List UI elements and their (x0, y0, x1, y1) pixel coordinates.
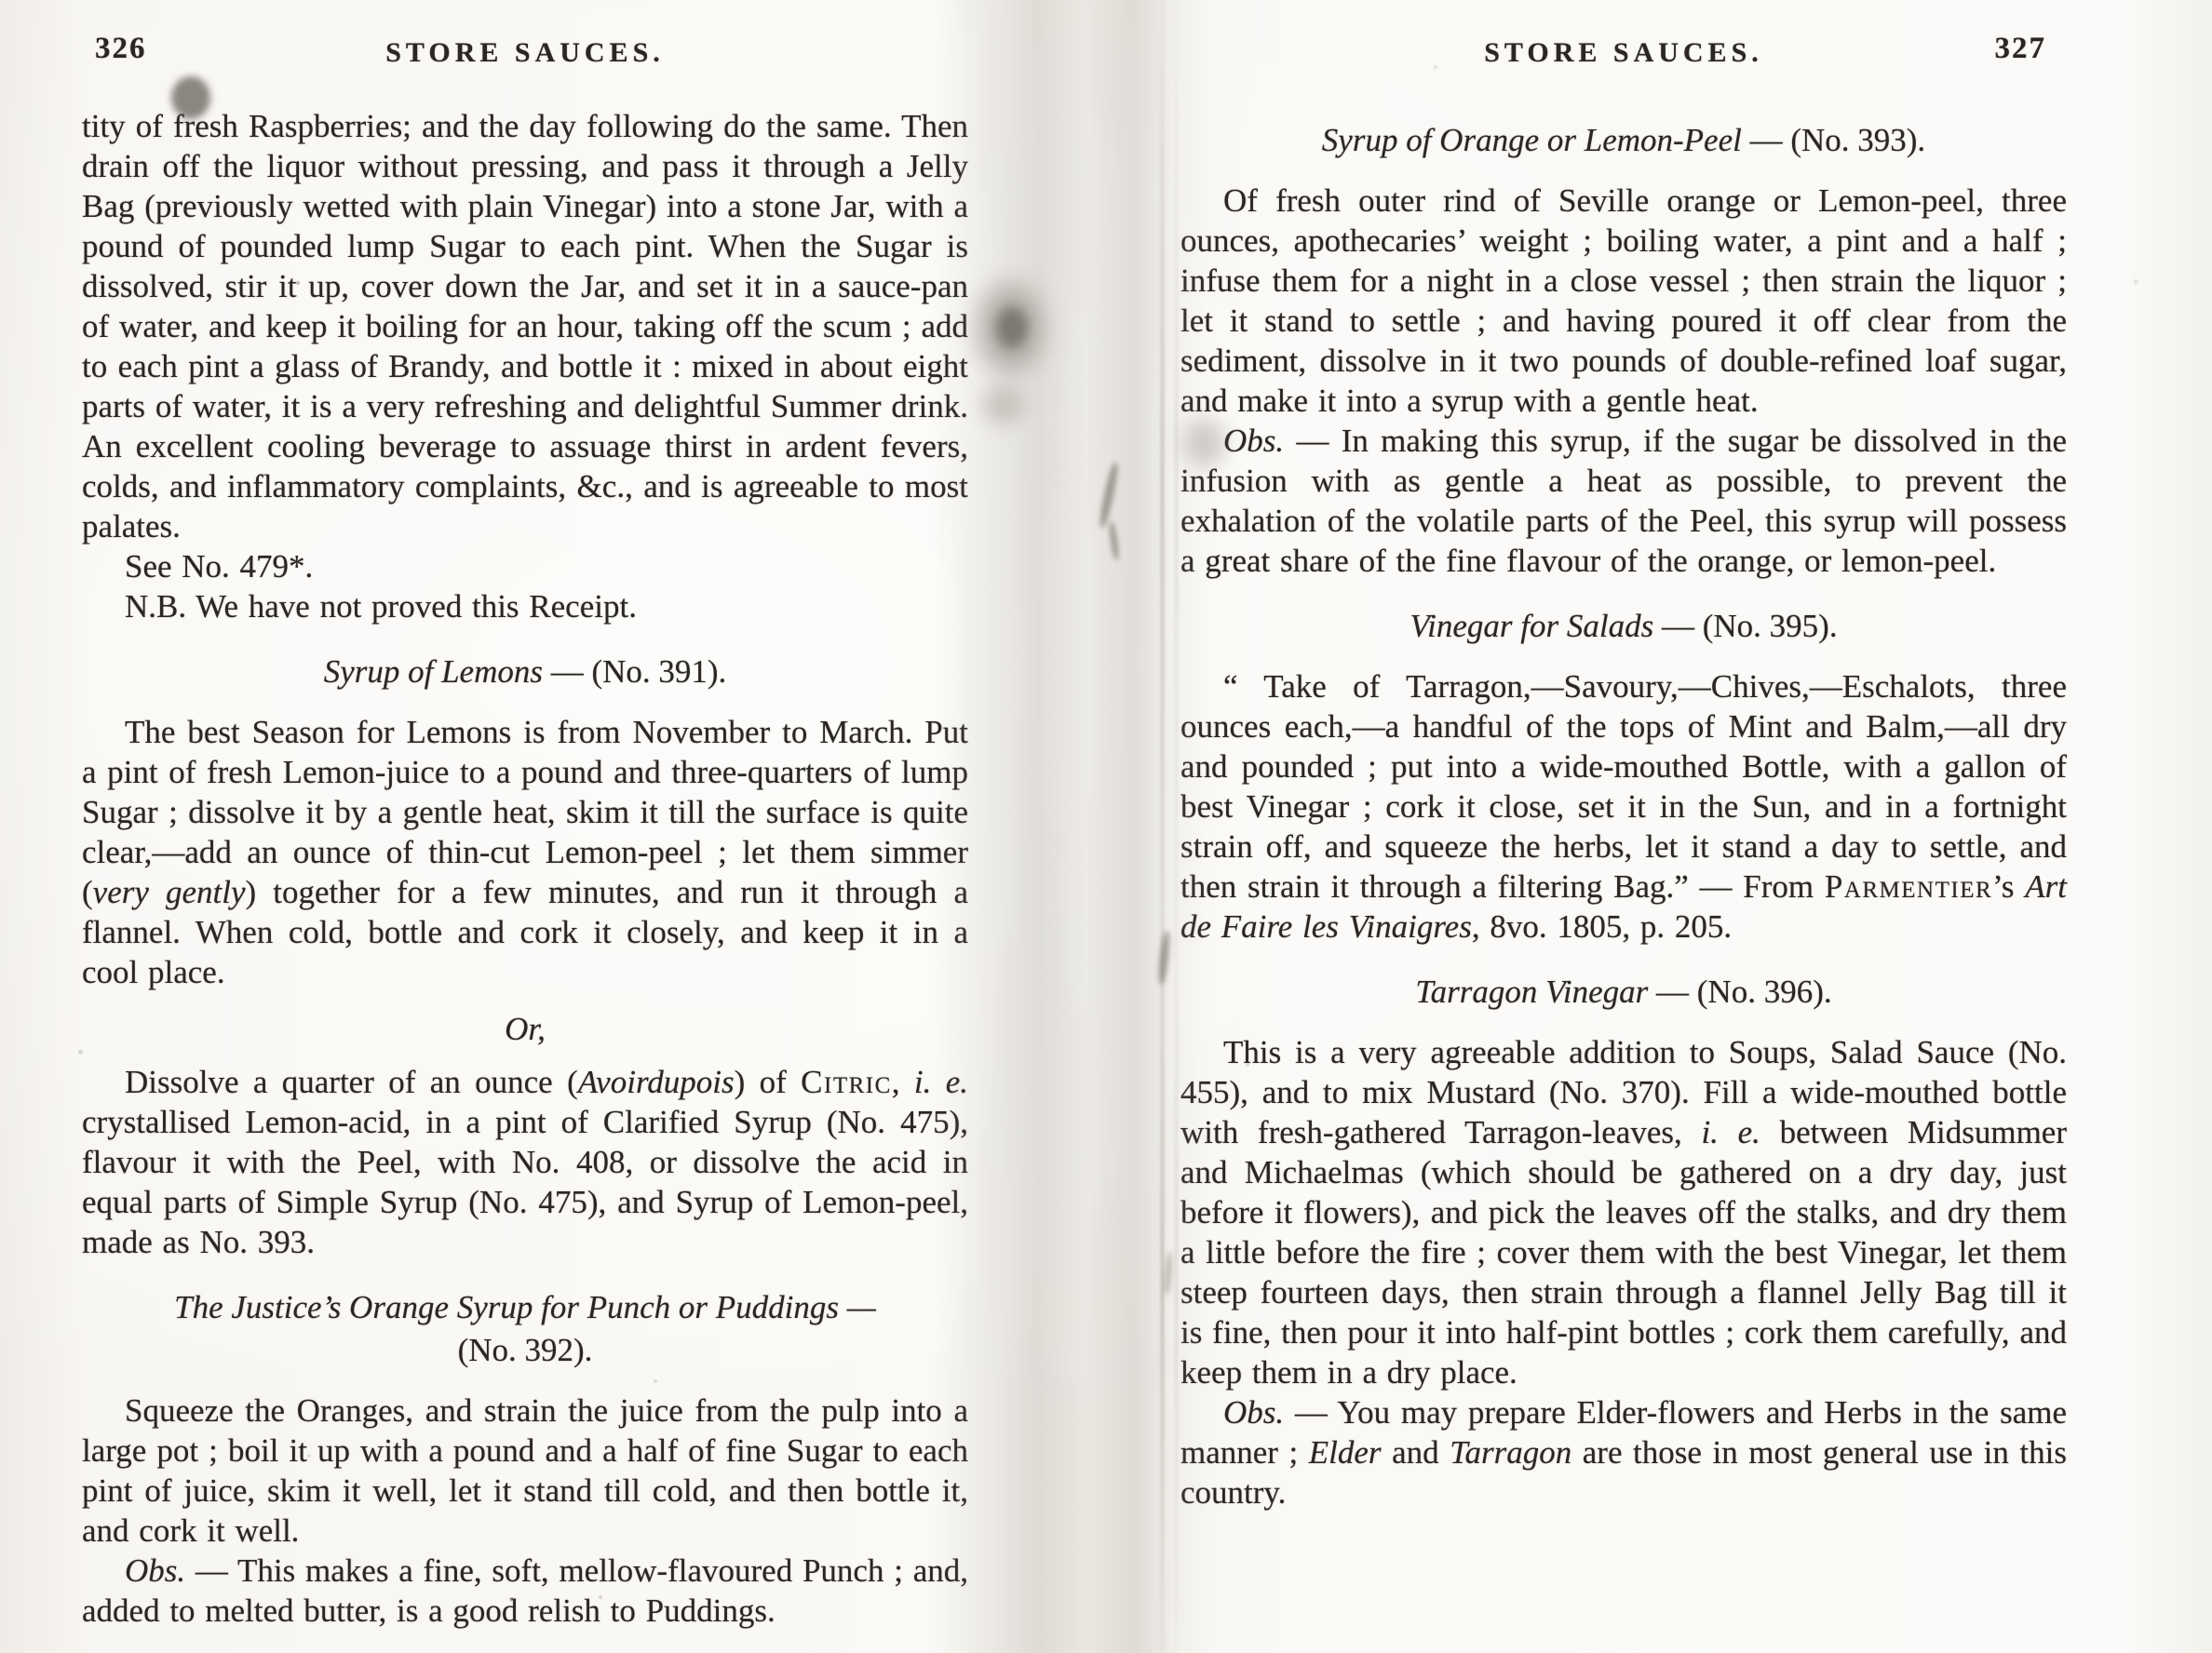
orange-peel-syrup-obs-paragraph: Obs. — In making this syrup, if the suga… (1180, 421, 2067, 581)
heading-title: Syrup of Lemons (324, 653, 543, 690)
raspberry-vinegar-continuation-paragraph: tity of fresh Raspberries; and the day f… (82, 106, 968, 546)
heading-number: (No. 392). (82, 1329, 968, 1372)
obs-label: Obs. (1223, 1394, 1284, 1431)
heading-number: — (No. 393). (1742, 122, 1925, 158)
smallcaps-word: Citric (801, 1064, 892, 1100)
obs-label: Obs. (125, 1552, 185, 1589)
italic-phrase: Elder (1309, 1434, 1382, 1471)
right-running-head: STORE SAUCES. (1180, 37, 2067, 69)
paragraph-text: Of fresh outer rind of Seville orange or… (1180, 182, 2067, 419)
heading-or: Or, (82, 1009, 968, 1049)
heading-number: — (No. 395). (1653, 608, 1837, 644)
heading-title: The Justice’s Orange Syrup for Punch or … (82, 1286, 968, 1329)
right-page-body: Syrup of Orange or Lemon-Peel — (No. 393… (1180, 119, 2067, 1512)
citric-acid-paragraph: Dissolve a quarter of an ounce (Avoirdup… (82, 1062, 968, 1262)
right-page-number: 327 (1995, 32, 2047, 66)
heading-title: Vinegar for Salads (1409, 608, 1653, 644)
heading-tarragon-vinegar: Tarragon Vinegar — (No. 396). (1180, 971, 2067, 1014)
left-running-head: STORE SAUCES. (82, 37, 968, 69)
obs-label: Obs. (1223, 423, 1284, 459)
smallcaps-word: Parmentier (1825, 868, 1992, 905)
syrup-of-lemons-paragraph: The best Season for Lemons is from Novem… (82, 712, 968, 992)
left-page-body: tity of fresh Raspberries; and the day f… (82, 106, 968, 1631)
paragraph-text: Squeeze the Oranges, and strain the juic… (82, 1392, 968, 1549)
heading-vinegar-for-salads: Vinegar for Salads — (No. 395). (1180, 605, 2067, 648)
right-page-header: STORE SAUCES. 327 (1180, 32, 2067, 84)
italic-phrase: very gently (93, 874, 246, 910)
paragraph-text: tity of fresh Raspberries; and the day f… (82, 108, 968, 544)
paragraph-text: , 8vo. 1805, p. 205. (1472, 908, 1732, 945)
paragraph-text: between Midsummer and Michaelmas (which … (1180, 1114, 2067, 1391)
book-gutter-shadow (933, 0, 1212, 1653)
justices-syrup-obs-paragraph: Obs. — This makes a fine, soft, mellow-f… (82, 1551, 968, 1631)
heading-title: Tarragon Vinegar (1415, 974, 1648, 1010)
gutter-crease (1161, 0, 1164, 1653)
left-page-header: 326 STORE SAUCES. (82, 32, 968, 84)
paper-speck (2134, 279, 2138, 284)
heading-number: — (No. 391). (543, 653, 726, 690)
heading-title: Syrup of Orange or Lemon-Peel (1322, 122, 1742, 158)
see-reference-line: See No. 479*. (82, 546, 968, 586)
heading-syrup-orange-lemon-peel: Syrup of Orange or Lemon-Peel — (No. 393… (1180, 119, 2067, 162)
reference-text: See No. 479*. (125, 548, 313, 585)
paragraph-text: ) of (735, 1064, 802, 1100)
orange-peel-syrup-paragraph: Of fresh outer rind of Seville orange or… (1180, 181, 2067, 421)
note-text: N.B. We have not proved this Receipt. (125, 588, 637, 625)
book-scan: 326 STORE SAUCES. tity of fresh Raspberr… (0, 0, 2212, 1653)
paragraph-text: — In making this syrup, if the sugar be … (1180, 423, 2067, 579)
vinegar-for-salads-paragraph: “ Take of Tarragon,—Savoury,—Chives,—Esc… (1180, 666, 2067, 947)
italic-phrase: i. e. (1701, 1114, 1760, 1150)
italic-phrase: Avoirdupois (578, 1064, 735, 1100)
justices-syrup-paragraph: Squeeze the Oranges, and strain the juic… (82, 1391, 968, 1551)
nb-note-line: N.B. We have not proved this Receipt. (82, 586, 968, 626)
paragraph-text: — This makes a fine, soft, mellow-flavou… (82, 1552, 968, 1629)
gutter-crease (1175, 0, 1178, 1653)
left-page: 326 STORE SAUCES. tity of fresh Raspberr… (82, 32, 968, 1631)
heading-number: — (No. 396). (1648, 974, 1831, 1010)
tarragon-vinegar-obs-paragraph: Obs. — You may prepare Elder-flowers and… (1180, 1392, 2067, 1512)
tarragon-vinegar-paragraph: This is a very agreeable addition to Sou… (1180, 1032, 2067, 1392)
or-label: Or, (505, 1011, 546, 1047)
heading-syrup-of-lemons: Syrup of Lemons — (No. 391). (82, 651, 968, 693)
paragraph-text: ’s (1992, 868, 2025, 905)
paragraph-text: , (892, 1064, 914, 1100)
paragraph-text: crystallised Lemon-acid, in a pint of Cl… (82, 1104, 968, 1260)
italic-phrase: Tarragon (1450, 1434, 1571, 1471)
heading-justices-orange-syrup: The Justice’s Orange Syrup for Punch or … (82, 1286, 968, 1372)
paragraph-text: and (1382, 1434, 1450, 1471)
right-page: STORE SAUCES. 327 Syrup of Orange or Lem… (1180, 32, 2067, 1512)
paragraph-text: Dissolve a quarter of an ounce ( (125, 1064, 578, 1100)
